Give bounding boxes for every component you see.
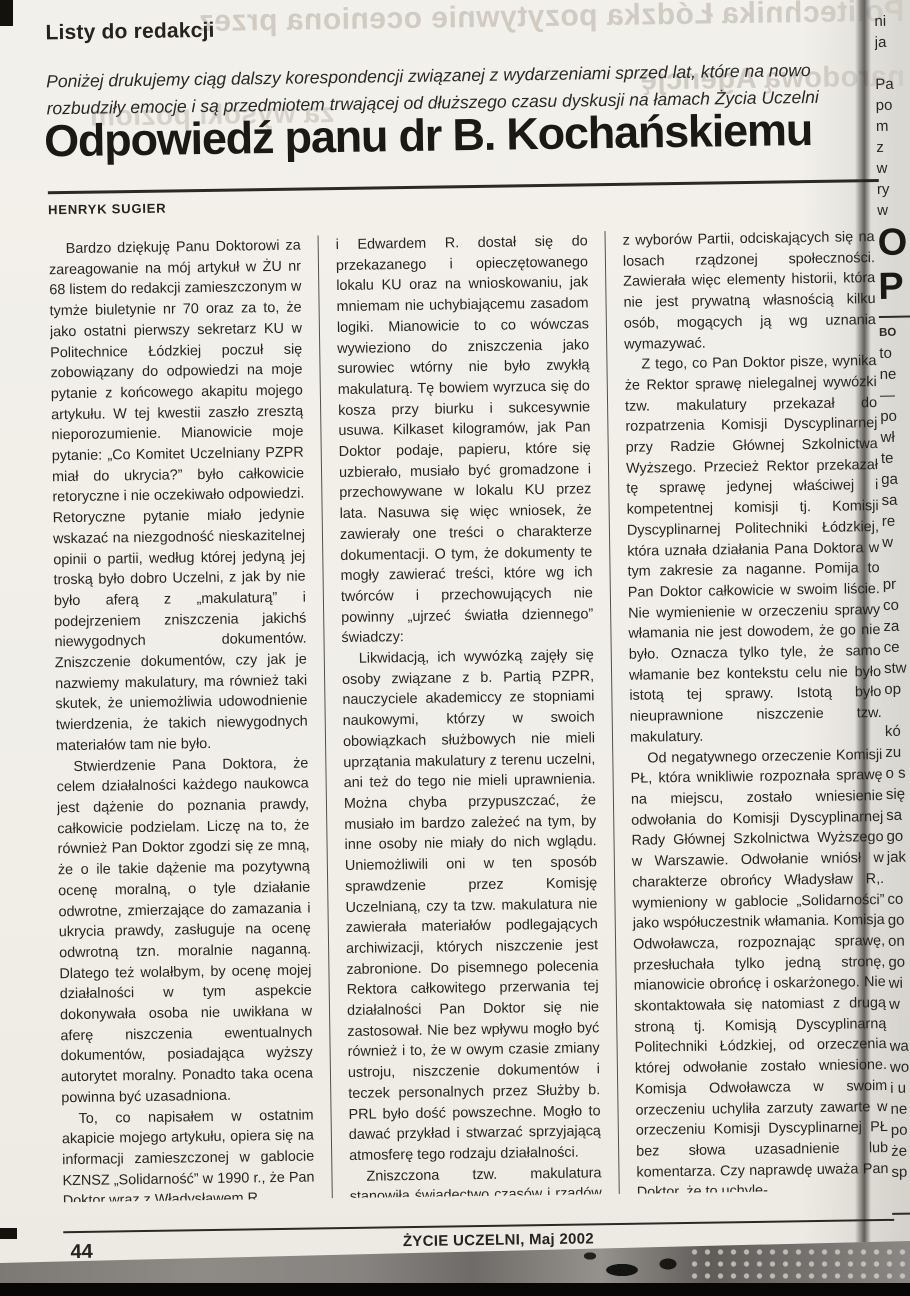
edge-fragment: to <box>879 342 910 364</box>
edge-fragment: w <box>877 199 910 221</box>
paragraph: Stwierdzenie Pana Doktora, że celem dzia… <box>56 753 313 1109</box>
doily-pattern <box>688 1246 910 1286</box>
paragraph: i Edwardem R. dostał się do przekazanego… <box>336 231 594 649</box>
edge-fragment: sa <box>886 804 910 826</box>
edge-fragment: wo <box>890 1056 910 1078</box>
paragraph: Bardzo dziękuję Panu Doktorowi za zareag… <box>49 236 309 757</box>
edge-fragment <box>887 867 910 889</box>
edge-fragment: go <box>888 951 910 973</box>
edge-fragment: w <box>889 993 910 1015</box>
scan-mark-top-left <box>0 0 13 26</box>
paragraph: Zniszczona tzw. makulatura stanowiła świ… <box>349 1163 601 1198</box>
edge-fragment: po <box>880 405 910 427</box>
edge-fragment: te <box>881 447 910 469</box>
edge-rule-fragment <box>892 1212 910 1215</box>
edge-fragment: ce <box>884 636 910 658</box>
edge-fragment: za <box>883 615 910 637</box>
article-column: Bardzo dziękuję Panu Doktorowi za zareag… <box>49 236 315 1203</box>
scanned-magazine-page: Politechnika Łódzka pozytywnie oceniona … <box>0 0 910 1296</box>
page-content: Politechnika Łódzka pozytywnie oceniona … <box>0 0 910 1268</box>
edge-fragment: wa <box>889 1035 910 1057</box>
edge-fragment: co <box>887 888 910 910</box>
edge-fragment: w <box>876 157 910 179</box>
edge-fragment: sp <box>891 1161 910 1183</box>
magazine-page: Politechnika Łódzka pozytywnie oceniona … <box>0 0 910 1268</box>
edge-fragment: ga <box>881 468 910 490</box>
edge-fragment: o s <box>885 762 910 784</box>
edge-fragment: zu <box>885 741 910 763</box>
paragraph: z wyborów Partii, odciskających się na l… <box>622 227 876 355</box>
edge-fragment: jak <box>887 846 910 868</box>
edge-fragment: go <box>886 825 910 847</box>
edge-fragment: wi <box>889 972 910 994</box>
edge-fragment: ne <box>879 363 910 385</box>
edge-fragment: po <box>876 94 910 116</box>
scan-bottom-band <box>0 1283 910 1296</box>
edge-byline-fragment: BO <box>879 322 910 343</box>
page-fold-shadow <box>855 0 871 1245</box>
edge-headline-fragment: P <box>878 264 910 309</box>
edge-fragment: stw <box>884 657 910 679</box>
edge-fragment: ne <box>890 1098 910 1120</box>
edge-fragment: się <box>886 783 910 805</box>
author-byline: HENRYK SUGIER <box>48 201 166 218</box>
section-label: Listy do redakcji <box>45 19 214 46</box>
edge-fragment: m <box>876 115 910 137</box>
edge-fragment <box>882 552 910 574</box>
title-rule <box>48 179 879 194</box>
edge-fragment: ja <box>875 31 910 53</box>
edge-fragment: op <box>884 678 910 700</box>
edge-rule-fragment <box>879 315 910 318</box>
edge-fragment: ry <box>877 178 910 200</box>
edge-fragment: i u <box>890 1077 910 1099</box>
edge-fragment <box>875 52 910 74</box>
bleed-through-text: Politechnika Łódzka pozytywnie oceniona … <box>198 0 904 39</box>
edge-fragment: kó <box>885 720 910 742</box>
edge-fragment: pr <box>883 573 910 595</box>
edge-headline-fragment: O <box>877 220 910 265</box>
edge-fragment <box>889 1014 910 1036</box>
paragraph: To, co napisałem w ostatnim akapicie moj… <box>61 1105 314 1202</box>
edge-fragment <box>884 699 910 721</box>
edge-fragment: on <box>888 930 910 952</box>
edge-fragment: sa <box>881 489 910 511</box>
edge-fragment: wł <box>880 426 910 448</box>
paragraph: Likwidacją, ich wywózką zajęły się osoby… <box>342 645 602 1166</box>
edge-fragment: po <box>891 1119 910 1141</box>
edge-fragment: że <box>891 1140 910 1162</box>
footer-journal-name: ŻYCIE UCZELNI, Maj 2002 <box>358 1230 638 1251</box>
edge-fragment: re <box>882 510 910 532</box>
edge-fragment: go <box>888 909 910 931</box>
edge-fragment: ni <box>874 10 910 32</box>
edge-fragment: w <box>882 531 910 553</box>
scan-mark-bottom-left <box>0 1228 17 1239</box>
paragraph: Od negatywnego orzeczenie Komisji PŁ, kt… <box>630 745 889 1194</box>
article-column: i Edwardem R. dostał się do przekazanego… <box>318 231 602 1198</box>
edge-fragment: Pa <box>875 73 910 95</box>
edge-fragment: — <box>880 384 910 406</box>
page-number: 44 <box>70 1241 93 1264</box>
article-column: z wyborów Partii, odciskających się na l… <box>604 227 888 1194</box>
paragraph: Z tego, co Pan Doktor pisze, wynika że R… <box>624 351 882 748</box>
edge-fragment: z <box>876 136 910 158</box>
article-body: Bardzo dziękuję Panu Doktorowi za zareag… <box>49 227 891 1202</box>
edge-fragment: co <box>883 594 910 616</box>
